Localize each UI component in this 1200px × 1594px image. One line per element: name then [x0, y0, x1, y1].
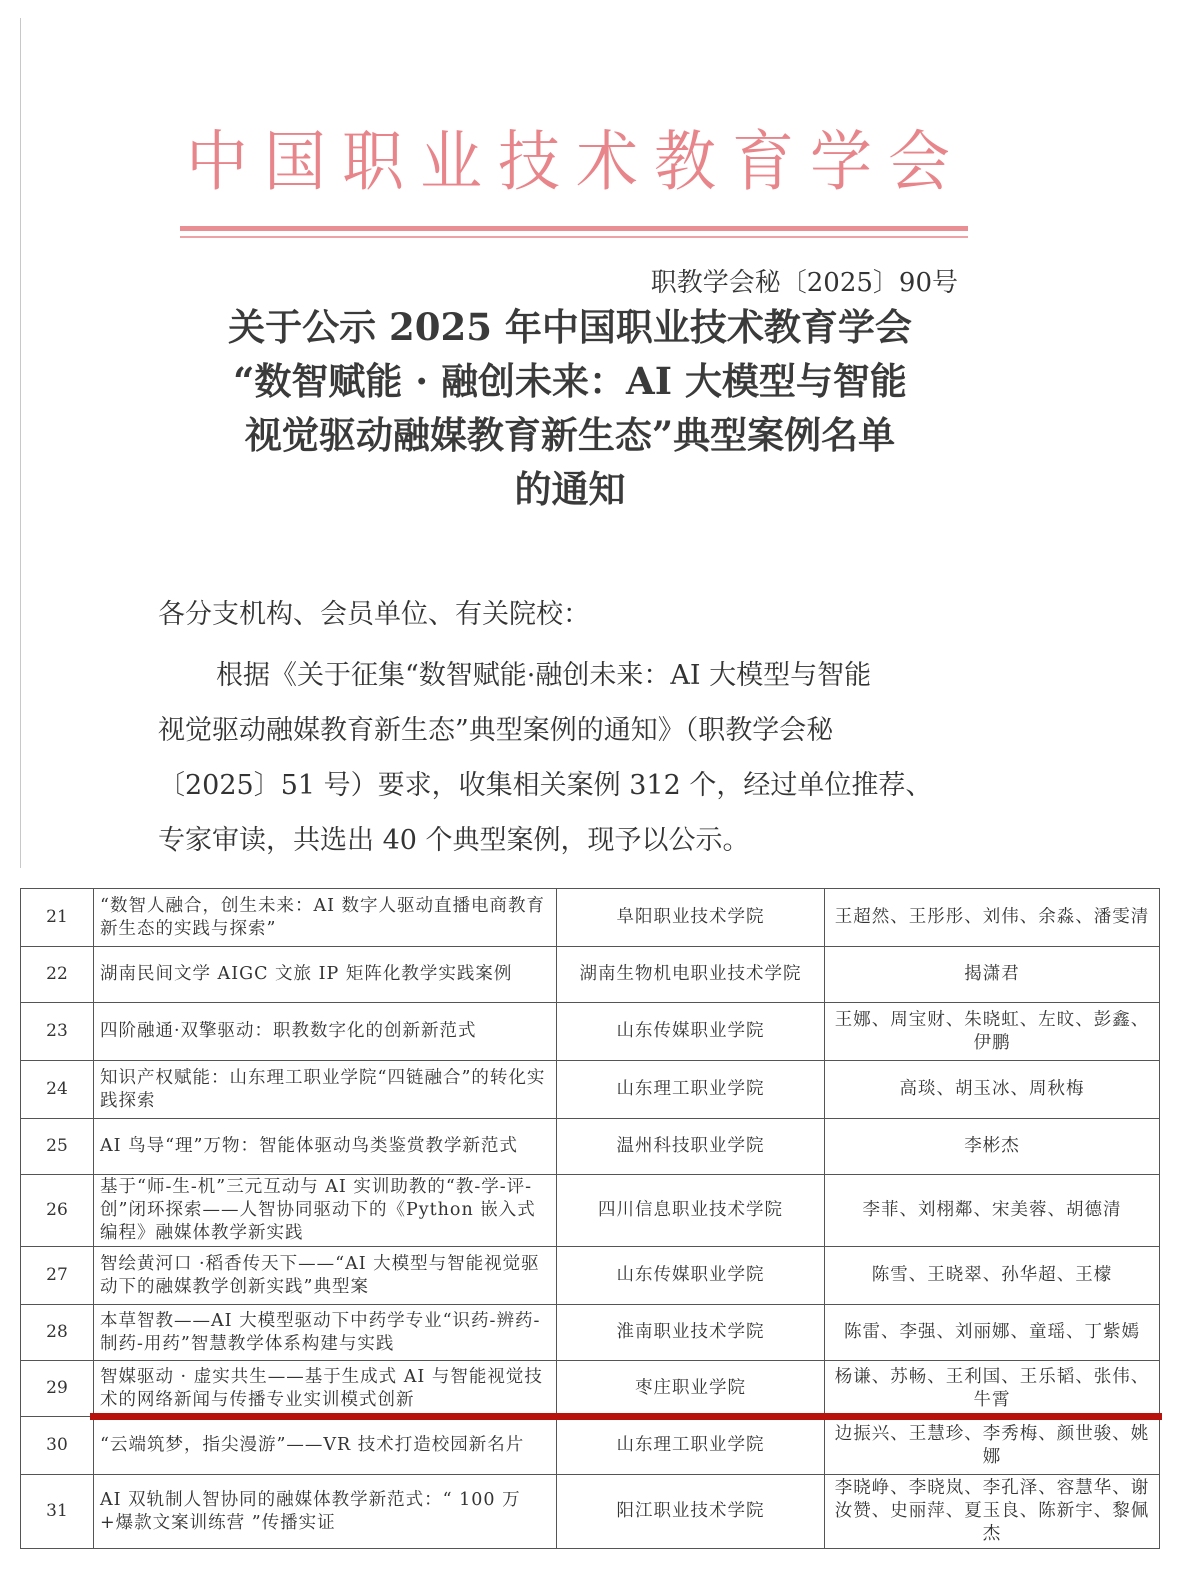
case-name: 智绘黄河口 ·稻香传天下——“AI 大模型与智能视觉驱动下的融媒教学创新实践”典… [94, 1247, 557, 1305]
case-name: 湖南民间文学 AIGC 文旅 IP 矩阵化教学实践案例 [94, 947, 557, 1003]
table-row: 22 湖南民间文学 AIGC 文旅 IP 矩阵化教学实践案例 湖南生物机电职业技… [21, 947, 1160, 1003]
table-row-highlighted: 29 智媒驱动 · 虚实共生——基于生成式 AI 与智能视觉技术的网络新闻与传播… [21, 1361, 1160, 1417]
case-name: “云端筑梦，指尖漫游”——VR 技术打造校园新名片 [94, 1417, 557, 1475]
case-name: 智媒驱动 · 虚实共生——基于生成式 AI 与智能视觉技术的网络新闻与传播专业实… [94, 1361, 557, 1417]
school-name: 山东理工职业学院 [557, 1061, 825, 1119]
row-number: 27 [21, 1247, 94, 1305]
table-row: 21 “数智人融合，创生未来：AI 数字人驱动直播电商教育新生态的实践与探索” … [21, 889, 1160, 947]
school-name: 山东传媒职业学院 [557, 1247, 825, 1305]
row-number: 30 [21, 1417, 94, 1475]
letterhead-rule-thick [180, 226, 968, 231]
school-name: 温州科技职业学院 [557, 1119, 825, 1175]
authors: 李彬杰 [825, 1119, 1160, 1175]
document-title: 关于公示 2025 年中国职业技术教育学会 “数智赋能 · 融创未来：AI 大模… [170, 300, 970, 516]
row-number: 21 [21, 889, 94, 947]
authors: 揭潇君 [825, 947, 1160, 1003]
title-line: 的通知 [170, 462, 970, 516]
school-name: 山东传媒职业学院 [557, 1003, 825, 1061]
body-paragraph: 根据《关于征集“数智赋能·融创未来：AI 大模型与智能 视觉驱动融媒教育新生态”… [158, 648, 958, 868]
authors: 李晓峥、李晓岚、李孔泽、容慧华、谢汝赞、史丽萍、夏玉良、陈新宇、黎佩杰 [825, 1475, 1160, 1549]
authors: 杨谦、苏畅、王利国、王乐韬、张伟、牛霄 [825, 1361, 1160, 1417]
body-line: 〔2025〕51 号）要求，收集相关案例 312 个，经过单位推荐、 [158, 758, 958, 813]
body-line: 根据《关于征集“数智赋能·融创未来：AI 大模型与智能 [158, 648, 958, 703]
case-name: 本草智教——AI 大模型驱动下中药学专业“识药-辨药-制药-用药”智慧教学体系构… [94, 1305, 557, 1361]
school-name: 阳江职业技术学院 [557, 1475, 825, 1549]
cases-table: 21 “数智人融合，创生未来：AI 数字人驱动直播电商教育新生态的实践与探索” … [20, 888, 1160, 1549]
table-row: 31 AI 双轨制人智协同的融媒体教学新范式：“ 100 万+爆款文案训练营 ”… [21, 1475, 1160, 1549]
school-name: 淮南职业技术学院 [557, 1305, 825, 1361]
title-line: “数智赋能 · 融创未来：AI 大模型与智能 [170, 354, 970, 408]
letterhead-rule-thin [180, 236, 968, 238]
body-line: 视觉驱动融媒教育新生态”典型案例的通知》（职教学会秘 [158, 703, 958, 758]
row-number: 22 [21, 947, 94, 1003]
table-row: 28 本草智教——AI 大模型驱动下中药学专业“识药-辨药-制药-用药”智慧教学… [21, 1305, 1160, 1361]
school-name: 四川信息职业技术学院 [557, 1175, 825, 1247]
table-row: 27 智绘黄河口 ·稻香传天下——“AI 大模型与智能视觉驱动下的融媒教学创新实… [21, 1247, 1160, 1305]
authors: 陈雷、李强、刘丽娜、童瑶、丁紫嫣 [825, 1305, 1160, 1361]
table-row: 23 四阶融通·双擎驱动：职教数字化的创新新范式 山东传媒职业学院 王娜、周宝财… [21, 1003, 1160, 1061]
case-name: 四阶融通·双擎驱动：职教数字化的创新新范式 [94, 1003, 557, 1061]
authors: 王娜、周宝财、朱晓虹、左旼、彭鑫、伊鹏 [825, 1003, 1160, 1061]
case-name: “数智人融合，创生未来：AI 数字人驱动直播电商教育新生态的实践与探索” [94, 889, 557, 947]
title-line: 关于公示 2025 年中国职业技术教育学会 [170, 300, 970, 354]
cases-table-container: 21 “数智人融合，创生未来：AI 数字人驱动直播电商教育新生态的实践与探索” … [20, 888, 1160, 1549]
row-number: 25 [21, 1119, 94, 1175]
authors: 高琰、胡玉冰、周秋梅 [825, 1061, 1160, 1119]
row-number: 29 [21, 1361, 94, 1417]
table-row: 24 知识产权赋能：山东理工职业学院“四链融合”的转化实践探索 山东理工职业学院… [21, 1061, 1160, 1119]
authors: 陈雪、王晓翠、孙华超、王檬 [825, 1247, 1160, 1305]
letterhead-organization: 中国职业技术教育学会 [186, 120, 966, 204]
case-name: AI 双轨制人智协同的融媒体教学新范式：“ 100 万+爆款文案训练营 ”传播实… [94, 1475, 557, 1549]
row-number: 24 [21, 1061, 94, 1119]
red-highlight-underline [90, 1413, 1162, 1420]
school-name: 枣庄职业学院 [557, 1361, 825, 1417]
table-row: 25 AI 鸟导“理”万物：智能体驱动鸟类鉴赏教学新范式 温州科技职业学院 李彬… [21, 1119, 1160, 1175]
salutation: 各分支机构、会员单位、有关院校： [158, 592, 590, 631]
case-name: 基于“师-生-机”三元互动与 AI 实训助教的“教-学-评-创”闭环探索——人智… [94, 1175, 557, 1247]
row-number: 31 [21, 1475, 94, 1549]
table-row: 30 “云端筑梦，指尖漫游”——VR 技术打造校园新名片 山东理工职业学院 边振… [21, 1417, 1160, 1475]
school-name: 山东理工职业学院 [557, 1417, 825, 1475]
case-name: 知识产权赋能：山东理工职业学院“四链融合”的转化实践探索 [94, 1061, 557, 1119]
row-number: 26 [21, 1175, 94, 1247]
document-number: 职教学会秘〔2025〕90号 [600, 262, 958, 299]
title-line: 视觉驱动融媒教育新生态”典型案例名单 [170, 408, 970, 462]
authors: 李菲、刘栩鄰、宋美蓉、胡德清 [825, 1175, 1160, 1247]
body-line: 专家审读，共选出 40 个典型案例，现予以公示。 [158, 813, 958, 868]
authors: 王超然、王彤彤、刘伟、余淼、潘雯清 [825, 889, 1160, 947]
case-name: AI 鸟导“理”万物：智能体驱动鸟类鉴赏教学新范式 [94, 1119, 557, 1175]
school-name: 湖南生物机电职业技术学院 [557, 947, 825, 1003]
school-name: 阜阳职业技术学院 [557, 889, 825, 947]
row-number: 28 [21, 1305, 94, 1361]
row-number: 23 [21, 1003, 94, 1061]
table-row: 26 基于“师-生-机”三元互动与 AI 实训助教的“教-学-评-创”闭环探索—… [21, 1175, 1160, 1247]
authors: 边振兴、王慧珍、李秀梅、颜世骏、姚娜 [825, 1417, 1160, 1475]
